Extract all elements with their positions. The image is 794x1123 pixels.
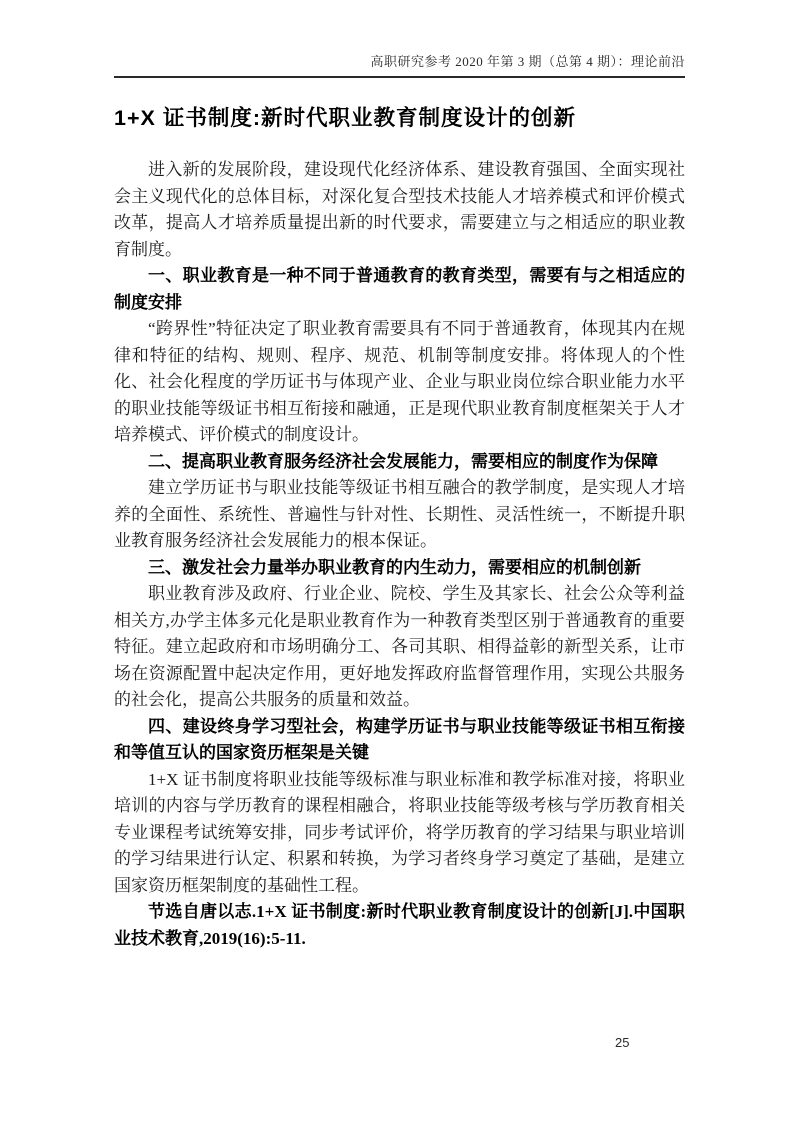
section-heading-3: 三、激发社会力量举办职业教育的内生动力，需要相应的机制创新 xyxy=(114,555,685,582)
paragraph-section-4: 1+X 证书制度将职业技能等级标准与职业标准和教学标准对接，将职业培训的内容与学… xyxy=(114,767,685,900)
paragraph-section-1: “跨界性”特征决定了职业教育需要具有不同于普通教育，体现其内在规律和特征的结构、… xyxy=(114,316,685,449)
article-body: 进入新的发展阶段，建设现代化经济体系、建设教育强国、全面实现社会主义现代化的总体… xyxy=(114,157,685,952)
section-heading-2: 二、提高职业教育服务经济社会发展能力，需要相应的制度作为保障 xyxy=(114,449,685,476)
paragraph-section-3: 职业教育涉及政府、行业企业、院校、学生及其家长、社会公众等利益相关方,办学主体多… xyxy=(114,581,685,714)
journal-header-text: 高职研究参考 2020 年第 3 期（总第 4 期）：理论前沿 xyxy=(370,54,685,69)
document-page: 高职研究参考 2020 年第 3 期（总第 4 期）：理论前沿 1+X 证书制度… xyxy=(0,0,794,1123)
page-number: 25 xyxy=(615,1035,629,1050)
source-citation: 节选自唐以志.1+X 证书制度:新时代职业教育制度设计的创新[J].中国职业技术… xyxy=(114,899,685,952)
page-header: 高职研究参考 2020 年第 3 期（总第 4 期）：理论前沿 xyxy=(114,0,685,78)
article-title: 1+X 证书制度:新时代职业教育制度设计的创新 xyxy=(114,103,685,133)
paragraph-intro: 进入新的发展阶段，建设现代化经济体系、建设教育强国、全面实现社会主义现代化的总体… xyxy=(114,157,685,263)
section-heading-4: 四、建设终身学习型社会，构建学历证书与职业技能等级证书相互衔接和等值互认的国家资… xyxy=(114,714,685,767)
paragraph-section-2: 建立学历证书与职业技能等级证书相互融合的教学制度，是实现人才培养的全面性、系统性… xyxy=(114,475,685,555)
section-heading-1: 一、职业教育是一种不同于普通教育的教育类型，需要有与之相适应的制度安排 xyxy=(114,263,685,316)
